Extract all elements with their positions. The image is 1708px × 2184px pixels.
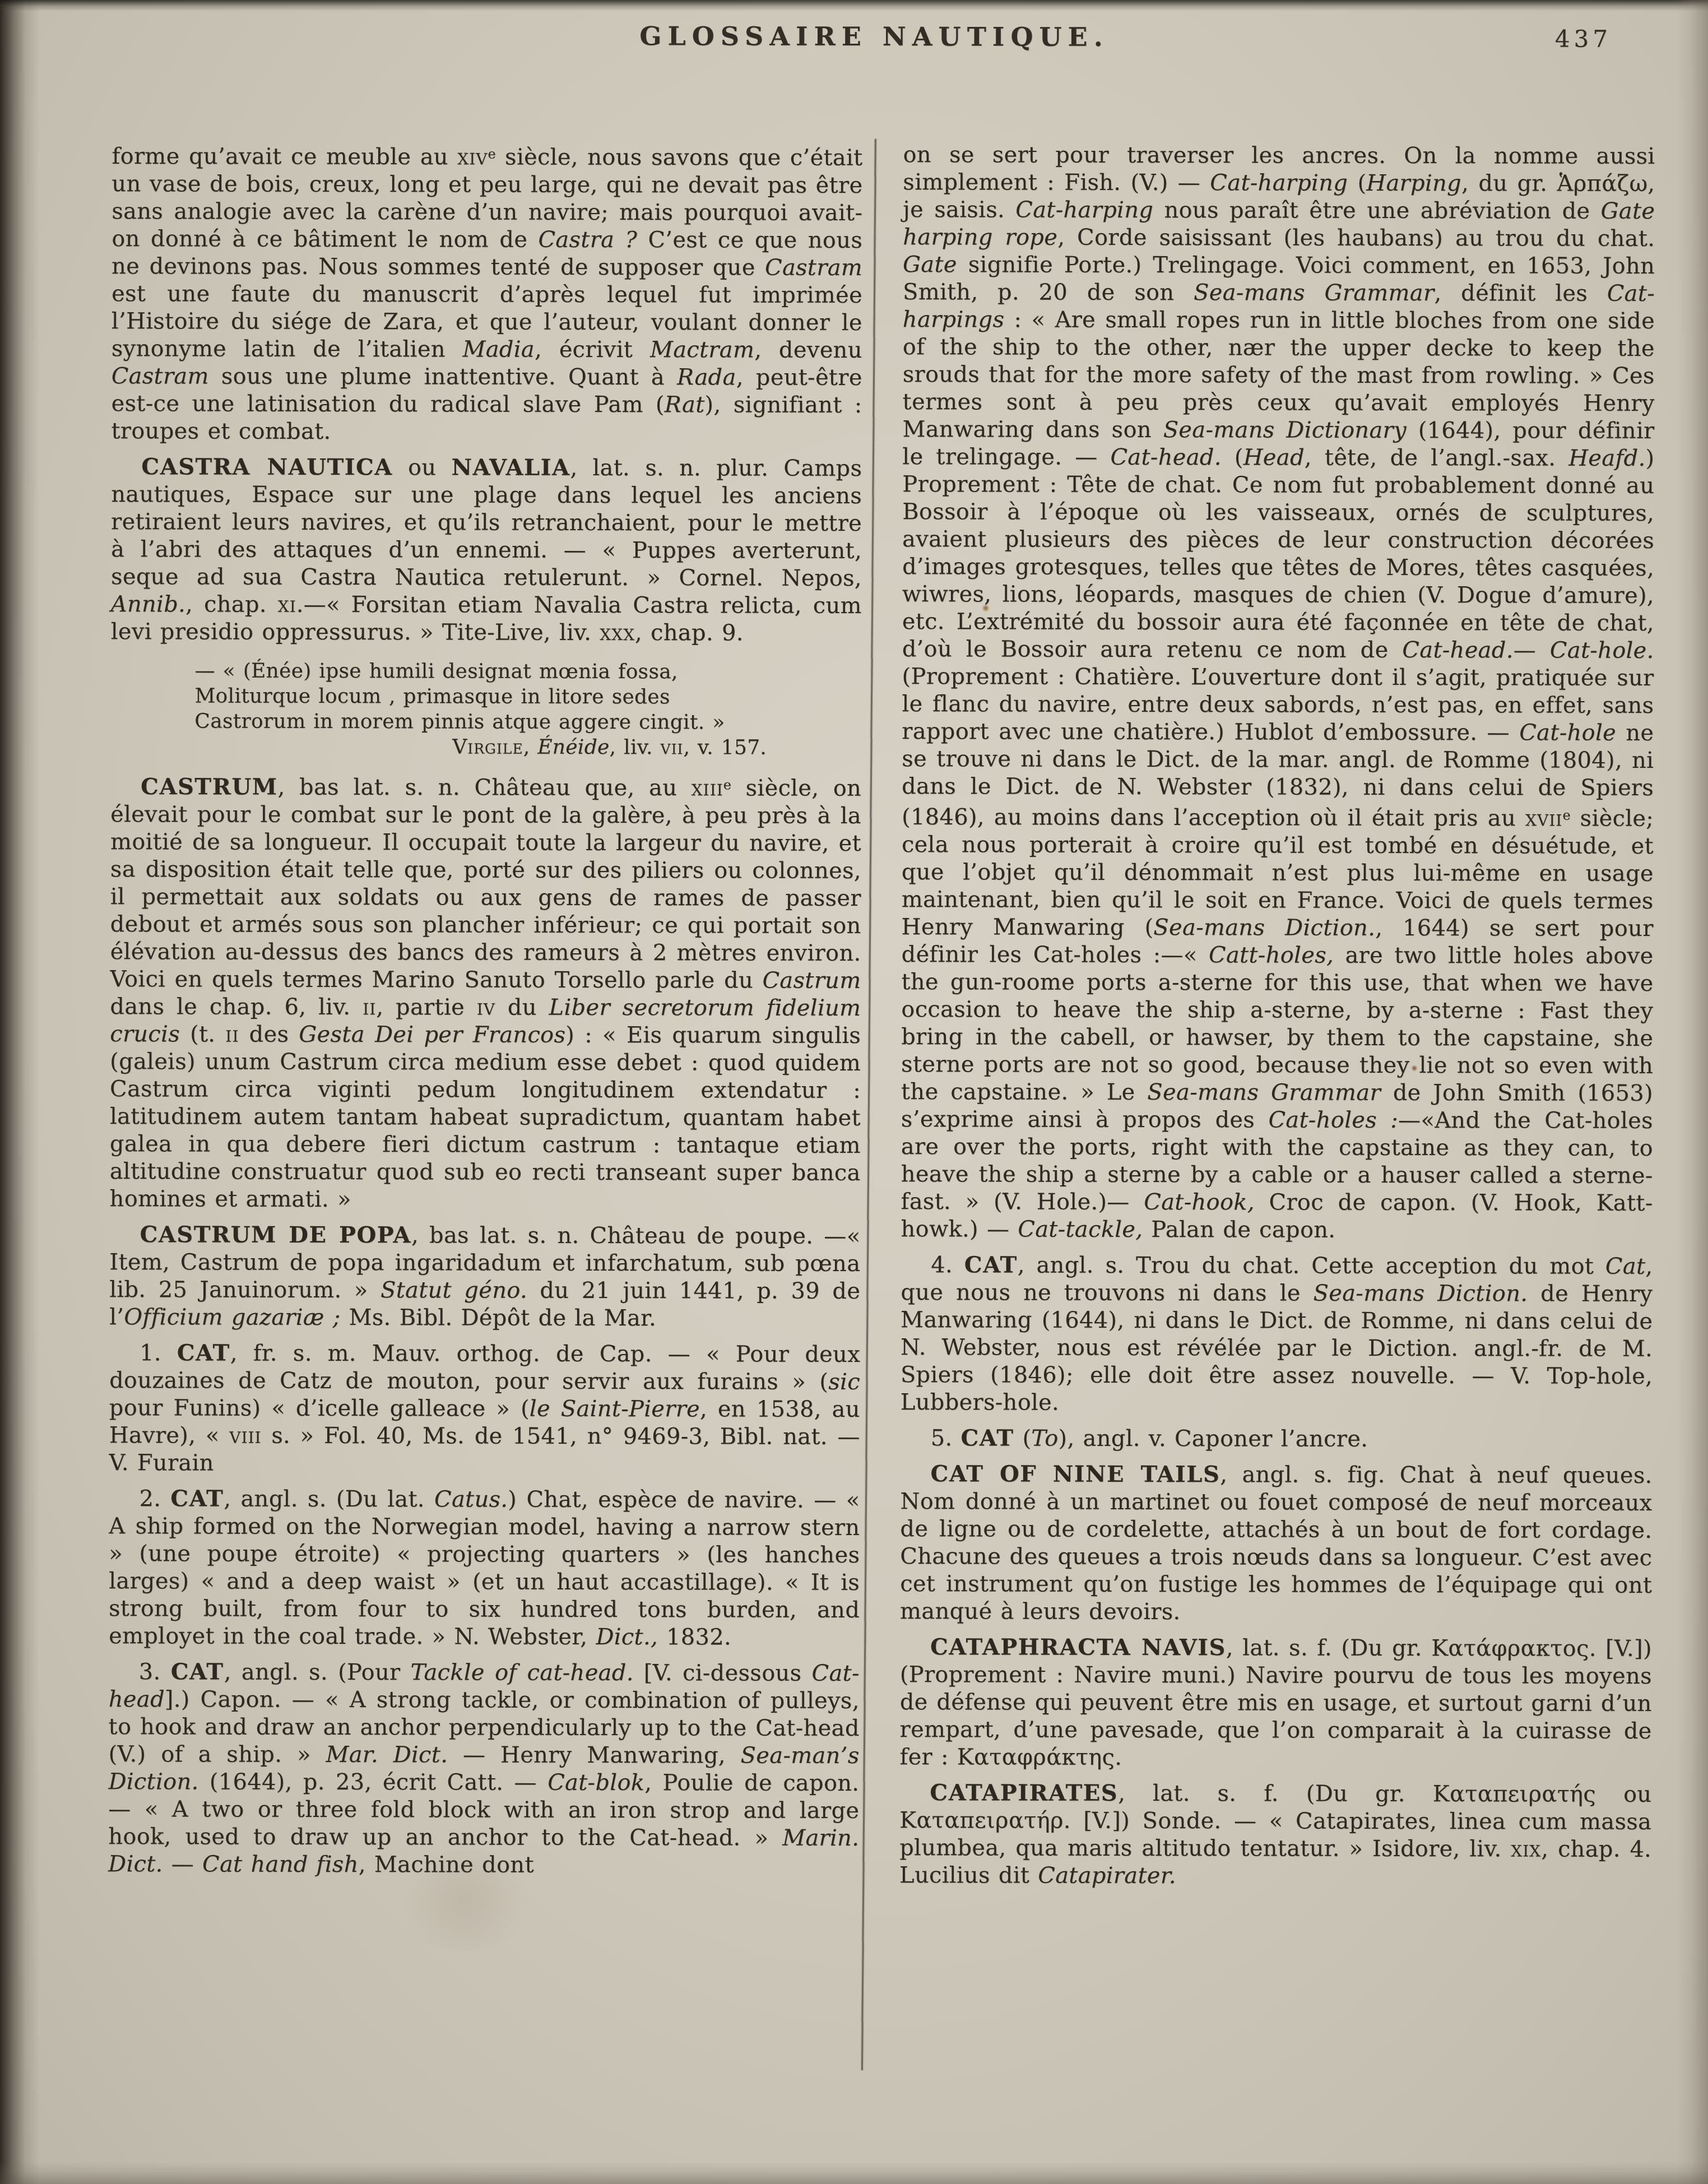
text-run: Cat-blok (547, 1769, 644, 1795)
text-run: Cat-tackle, (1018, 1216, 1143, 1242)
text-run: Heafd. (1568, 446, 1645, 471)
text-run: viii (229, 1422, 262, 1448)
text-run: Cat-hook, (1144, 1189, 1255, 1215)
text-run: NAVALIA (451, 454, 570, 480)
text-run: Sea-mans Grammar (1147, 1079, 1381, 1106)
text-run: CATAPIRATES (930, 1779, 1118, 1806)
text-run: Tackle of cat-head. (410, 1659, 633, 1686)
text-run: Castrorum in morem pinnis atque aggere c… (194, 710, 725, 734)
text-run: Castram (765, 254, 862, 280)
text-run: Sea-mans Diction. (1313, 1281, 1528, 1307)
text-run: Cat-hole (1519, 720, 1616, 745)
paragraph: on se sert pour traverser les ancres. On… (901, 141, 1655, 1245)
text-run: , écrivit (535, 337, 650, 363)
text-run: xi (278, 592, 296, 618)
text-run: ( (1222, 444, 1243, 470)
text-run: Virgile (452, 735, 523, 758)
text-run: CAT (170, 1485, 224, 1511)
paragraph: CASTRA NAUTICA ou NAVALIA, lat. s. n. pl… (111, 453, 862, 647)
paragraph: forme qu’avait ce meuble au xive siècle,… (111, 140, 862, 447)
text-run: Castrum (762, 967, 861, 993)
text-run: Head (1243, 444, 1305, 470)
text-run: Mactram (650, 337, 754, 363)
text-run: — (163, 1851, 202, 1877)
text-run: ( (1348, 170, 1366, 196)
text-run: , partie (376, 994, 477, 1020)
text-run: ii (225, 1021, 239, 1047)
text-run: Sea-mans Diction. (1153, 915, 1375, 941)
text-run: nous paraît être une abréviation de (1153, 197, 1600, 224)
text-run: , liv. (610, 736, 661, 759)
text-run: CASTRUM DE POPA (140, 1221, 411, 1248)
text-run: Cat-head. (1402, 637, 1513, 663)
text-run: ii (363, 994, 376, 1020)
text-run: Cat-harping (1015, 197, 1153, 224)
text-run: Gesta Dei per Francos (299, 1022, 565, 1048)
text-run: Mar. Dict. (326, 1742, 448, 1768)
text-run: [V. ci-dessous (634, 1660, 812, 1686)
text-run: (1644), p. 23, écrit Catt. — (198, 1769, 547, 1795)
page-number: 437 (1555, 25, 1612, 53)
page-edge-bottom (0, 2162, 1708, 2184)
text-run: Sea-mans Grammar (1194, 280, 1434, 306)
text-run: Dict., (596, 1624, 658, 1650)
text-run: — Henry Manwaring, (448, 1742, 740, 1768)
text-run: To (1031, 1425, 1058, 1451)
text-run: , chap. 9. (635, 620, 744, 646)
text-run: , bas lat. s. n. Château que, au (278, 774, 691, 801)
text-run: xix (1511, 1836, 1541, 1862)
text-run: CAT (171, 1658, 224, 1685)
text-run: , angl. s. (Pour (224, 1659, 411, 1685)
paragraph: CASTRUM DE POPA, bas lat. s. n. Château … (109, 1221, 860, 1333)
text-run: Cat-head. (1110, 444, 1221, 470)
text-run: CATAPHRACTA NAVIS (930, 1634, 1226, 1661)
paragraph: CATAPHRACTA NAVIS, lat. s. f. (Du gr. Κα… (899, 1633, 1652, 1773)
text-run: , tête, de l’angl.-sax. (1305, 445, 1568, 471)
text-run: e (488, 146, 496, 162)
text-run: e (1562, 808, 1570, 823)
text-run: , chap. (185, 591, 278, 617)
text-run: xiii (691, 775, 723, 801)
text-run: Moliturque locum , primasque in litore s… (194, 684, 670, 708)
text-run: Cat (1605, 1254, 1646, 1279)
text-run: Catapirater. (1038, 1862, 1176, 1889)
text-run: Officium gazariæ ; (124, 1304, 340, 1330)
page-content: GLOSSAIRE NAUTIQUE. 437 forme qu’avait c… (0, 0, 1708, 2184)
column-divider-rule (861, 139, 876, 2070)
text-run: , angl. s. Trou du chat. Cette acception… (1018, 1252, 1605, 1279)
running-head: GLOSSAIRE NAUTIQUE. 437 (2, 20, 1708, 62)
text-run: , v. 157. (683, 736, 767, 759)
paragraph: 5. CAT (To), angl. v. Caponer l’ancre. (901, 1424, 1653, 1454)
text-run: CAT (177, 1339, 230, 1366)
text-run: 1. (140, 1340, 177, 1366)
text-run: ) : « Eis quarum singulis (galeis) unum … (110, 1022, 861, 1212)
text-run: Cat-holes : (1268, 1107, 1398, 1133)
paragraph: CASTRUM, bas lat. s. n. Château que, au … (110, 770, 862, 1214)
text-run: ou (393, 455, 452, 480)
text-run: Castra ? (538, 227, 637, 253)
text-run: forme qu’avait ce meuble au (112, 143, 457, 170)
page-title: GLOSSAIRE NAUTIQUE. (38, 20, 1708, 53)
text-run: Palan de capon. (1143, 1217, 1335, 1243)
text-run: 2. (139, 1486, 170, 1511)
text-run: , Corde saisissant (les haubans) au trou… (1057, 225, 1655, 252)
binding-shadow-left (0, 0, 39, 2184)
text-run: CAT (960, 1425, 1014, 1451)
right-column: on se sert pour traverser les ancres. On… (899, 141, 1655, 1891)
text-run: , (523, 736, 538, 759)
text-run: Cat-hole. (1550, 638, 1654, 664)
text-run: le Saint-Pierre (530, 1395, 700, 1422)
paragraph: 2. CAT, angl. s. (Du lat. Catus.) Chat, … (109, 1485, 860, 1652)
text-run: du (495, 994, 549, 1020)
paragraph: Castrorum in morem pinnis atque aggere c… (194, 708, 861, 735)
text-run: CAT OF NINE TAILS (931, 1460, 1220, 1487)
text-run: 5. (931, 1425, 961, 1451)
text-run: Catus. (434, 1486, 508, 1512)
text-run: 3. (139, 1659, 171, 1685)
text-run: , Machine dont (359, 1852, 534, 1878)
text-run: ( (1014, 1425, 1031, 1451)
text-run: vii (661, 736, 684, 759)
text-run: Énéide (537, 736, 610, 759)
text-run: siècle, on élevait pour le combat sur le… (110, 775, 861, 993)
left-column: forme qu’avait ce meuble au xive siècle,… (108, 140, 862, 1879)
text-run: Ms. Bibl. Dépôt de la Mar. (340, 1305, 656, 1331)
text-run: Annib. (111, 591, 185, 617)
text-run: CASTRUM (141, 773, 278, 800)
text-run: Catt-holes, (1209, 942, 1334, 968)
scanned-book-page: GLOSSAIRE NAUTIQUE. 437 forme qu’avait c… (0, 0, 1708, 2184)
text-run: , angl. s. (Du lat. (224, 1486, 434, 1512)
text-run: Castram (112, 363, 209, 389)
text-run: sic (828, 1369, 860, 1394)
text-run: e (723, 777, 731, 792)
text-run: sous une plume inattentive. Quant à (209, 363, 677, 390)
text-run: dans le chap. 6, liv. (110, 994, 363, 1020)
text-run: iv (477, 994, 495, 1020)
text-run: — « (Énée) ipse humili designat mœnia fo… (195, 659, 678, 683)
paragraph: — « (Énée) ipse humili designat mœnia fo… (195, 658, 862, 684)
text-run: , définit les (1434, 280, 1607, 307)
text-run: Gate (903, 252, 957, 277)
text-run: Madia (462, 336, 535, 362)
text-run: ) Proprement : Tête de chat. Ce nom fut … (902, 446, 1655, 663)
text-run: Harping (1366, 170, 1461, 196)
text-run: xvii (1525, 805, 1562, 831)
scan-shadow-top (0, 0, 1708, 11)
text-run: — (1514, 637, 1550, 663)
text-run: xiv (457, 144, 488, 170)
text-run: (t. (180, 1021, 225, 1047)
text-run: xxx (600, 620, 635, 646)
paragraph: Moliturque locum , primasque in litore s… (194, 683, 861, 710)
text-run: Cat-harping (1210, 170, 1348, 196)
paragraph: CAT OF NINE TAILS, angl. s. fig. Chat à … (900, 1460, 1653, 1627)
text-run: Statut géno. (380, 1277, 527, 1304)
paragraph: 3. CAT, angl. s. (Pour Tackle of cat-hea… (108, 1658, 860, 1880)
text-run: 1832. (658, 1624, 731, 1650)
text-run: CASTRA NAUTICA (141, 453, 393, 480)
paragraph: 1. CAT, fr. s. m. Mauv. orthog. de Cap. … (109, 1339, 861, 1478)
paragraph: 4. CAT, angl. s. Trou du chat. Cette acc… (901, 1251, 1653, 1418)
text-run: Sea-mans Dictionary (1163, 417, 1407, 443)
text-run: des (239, 1021, 299, 1047)
paragraph: CATAPIRATES, lat. s. f. (Du gr. Καταπειρ… (899, 1779, 1651, 1891)
text-run: Cat hand fish (202, 1851, 359, 1877)
text-run: Rada (677, 364, 736, 390)
text-run: , devenu (754, 337, 862, 363)
text-run: pour Funins) « d’icelle galleace » ( (109, 1395, 530, 1422)
text-run: 4. (931, 1252, 964, 1278)
page-edge-right (1677, 0, 1708, 2184)
text-run: ), angl. v. Caponer l’ancre. (1059, 1426, 1368, 1452)
text-run: Rat (665, 392, 705, 418)
text-run: CAT (964, 1251, 1018, 1278)
paragraph: Virgile, Énéide, liv. vii, v. 157. (452, 734, 861, 761)
